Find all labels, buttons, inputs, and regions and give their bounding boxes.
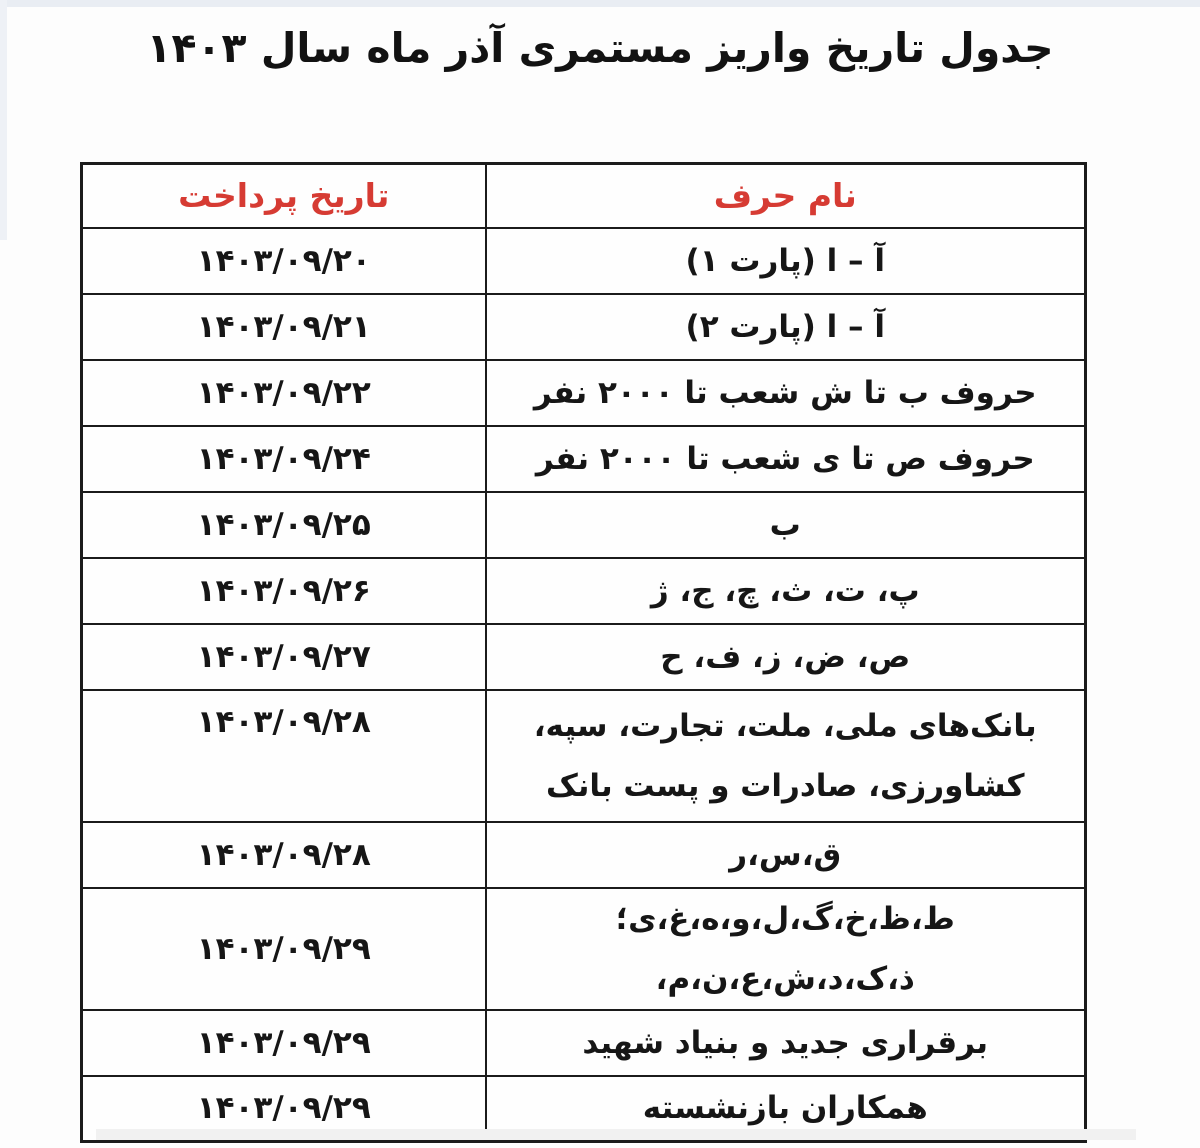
- payment-schedule-table: نام حرف تاریخ پرداخت آ – ا (پارت ۱)۱۴۰۳/…: [80, 162, 1087, 1143]
- below-table-shadow: [96, 1129, 1136, 1140]
- payment-date-cell: ۱۴۰۳/۰۹/۲۲: [82, 360, 486, 426]
- payment-date-cell: ۱۴۰۳/۰۹/۲۹: [82, 888, 486, 1010]
- page: جدول تاریخ واریز مستمری آذر ماه سال ۱۴۰۳…: [0, 0, 1200, 1148]
- payment-date-cell: ۱۴۰۳/۰۹/۲۶: [82, 558, 486, 624]
- table-body: آ – ا (پارت ۱)۱۴۰۳/۰۹/۲۰آ – ا (پارت ۲)۱۴…: [82, 228, 1086, 1142]
- table-row: ط،ظ،خ،گ،ل،و،ه،غ،ی؛ذ،ک،د،ش،ع،ن،م،۱۴۰۳/۰۹/…: [82, 888, 1086, 1010]
- table-row: بانک‌های ملی، ملت، تجارت، سپه، کشاورزی، …: [82, 690, 1086, 822]
- letter-group-cell: حروف ص تا ی شعب تا ۲۰۰۰ نفر: [486, 426, 1086, 492]
- page-title: جدول تاریخ واریز مستمری آذر ماه سال ۱۴۰۳: [0, 24, 1200, 72]
- letter-group-cell: آ – ا (پارت ۱): [486, 228, 1086, 294]
- letter-group-cell: بانک‌های ملی، ملت، تجارت، سپه، کشاورزی، …: [486, 690, 1086, 822]
- screenshot-top-edge: [0, 0, 1200, 7]
- letter-group-cell: ب: [486, 492, 1086, 558]
- table-row: پ، ت، ث، چ، ج، ژ۱۴۰۳/۰۹/۲۶: [82, 558, 1086, 624]
- table-row: آ – ا (پارت ۲)۱۴۰۳/۰۹/۲۱: [82, 294, 1086, 360]
- table-row: ص، ض، ز، ف، ح۱۴۰۳/۰۹/۲۷: [82, 624, 1086, 690]
- payment-date-cell: ۱۴۰۳/۰۹/۲۷: [82, 624, 486, 690]
- payment-date-cell: ۱۴۰۳/۰۹/۲۹: [82, 1010, 486, 1076]
- letter-group-cell: آ – ا (پارت ۲): [486, 294, 1086, 360]
- payment-date-cell: ۱۴۰۳/۰۹/۲۴: [82, 426, 486, 492]
- table-header-row: نام حرف تاریخ پرداخت: [82, 164, 1086, 228]
- payment-date-cell: ۱۴۰۳/۰۹/۲۸: [82, 690, 486, 822]
- letter-group-cell: ق،س،ر: [486, 822, 1086, 888]
- letter-group-cell: ص، ض، ز، ف، ح: [486, 624, 1086, 690]
- table-row: حروف ب تا ش شعب تا ۲۰۰۰ نفر۱۴۰۳/۰۹/۲۲: [82, 360, 1086, 426]
- table-row: آ – ا (پارت ۱)۱۴۰۳/۰۹/۲۰: [82, 228, 1086, 294]
- letter-group-cell: حروف ب تا ش شعب تا ۲۰۰۰ نفر: [486, 360, 1086, 426]
- table-row: ق،س،ر۱۴۰۳/۰۹/۲۸: [82, 822, 1086, 888]
- payment-date-cell: ۱۴۰۳/۰۹/۲۸: [82, 822, 486, 888]
- payment-date-cell: ۱۴۰۳/۰۹/۲۱: [82, 294, 486, 360]
- table-row: ب۱۴۰۳/۰۹/۲۵: [82, 492, 1086, 558]
- table-row: حروف ص تا ی شعب تا ۲۰۰۰ نفر۱۴۰۳/۰۹/۲۴: [82, 426, 1086, 492]
- letter-group-cell: پ، ت، ث، چ، ج، ژ: [486, 558, 1086, 624]
- payment-date-cell: ۱۴۰۳/۰۹/۲۰: [82, 228, 486, 294]
- table-row: برقراری جدید و بنیاد شهید۱۴۰۳/۰۹/۲۹: [82, 1010, 1086, 1076]
- payment-date-cell: ۱۴۰۳/۰۹/۲۵: [82, 492, 486, 558]
- payment-date-column-header: تاریخ پرداخت: [82, 164, 486, 228]
- letter-group-column-header: نام حرف: [486, 164, 1086, 228]
- letter-group-cell: ط،ظ،خ،گ،ل،و،ه،غ،ی؛ذ،ک،د،ش،ع،ن،م،: [486, 888, 1086, 1010]
- letter-group-cell: برقراری جدید و بنیاد شهید: [486, 1010, 1086, 1076]
